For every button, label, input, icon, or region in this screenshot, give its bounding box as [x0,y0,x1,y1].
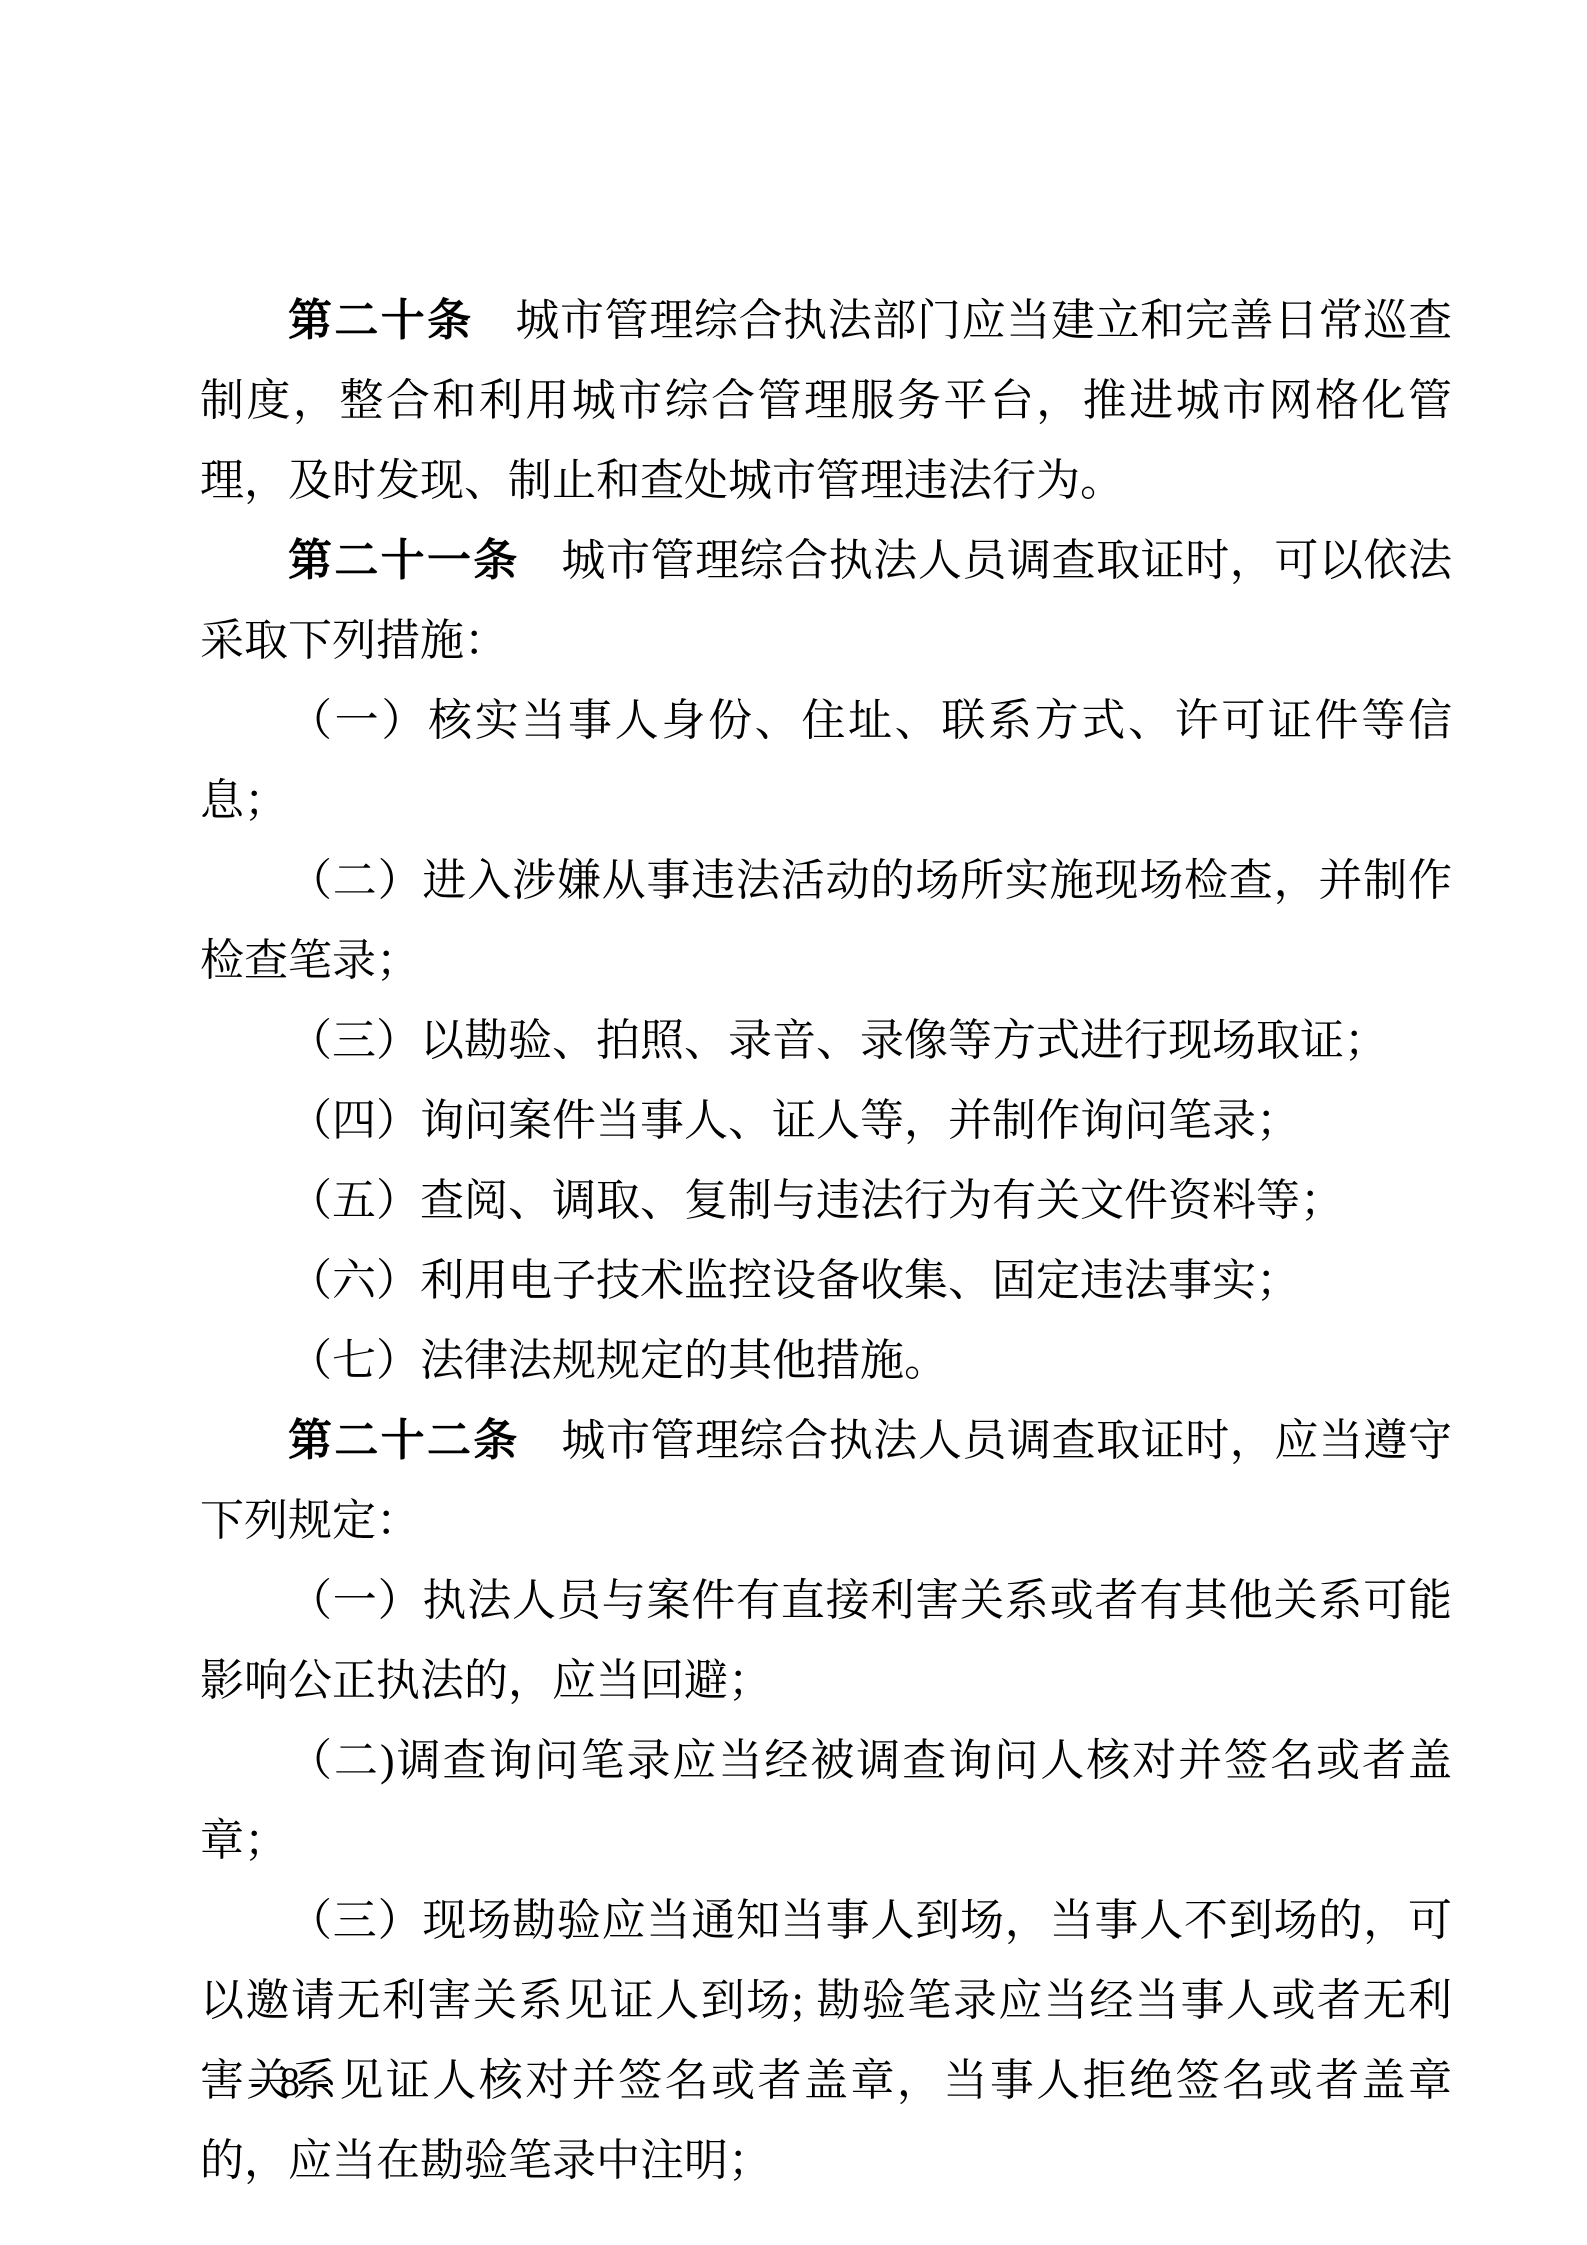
clause-paragraph: （七）法律法规规定的其他措施。 [200,1321,1452,1401]
paragraph-text: （四）询问案件当事人、证人等，并制作询问笔录； [288,1096,1300,1145]
page-number: - 8 - [250,2058,333,2106]
clause-paragraph: （五）查阅、调取、复制与违法行为有关文件资料等； [200,1161,1452,1241]
paragraph-text: （六）利用电子技术监控设备收集、固定违法事实； [288,1256,1300,1305]
article-number: 第二十二条 [288,1416,520,1465]
paragraph-text: （二）进入涉嫌从事违法活动的场所实施现场检查，并制作检查笔录； [200,856,1452,985]
clause-paragraph: （六）利用电子技术监控设备收集、固定违法事实； [200,1241,1452,1321]
article-number: 第二十条 [288,296,474,345]
paragraph-text: （七）法律法规规定的其他措施。 [288,1336,948,1385]
document-page: 第二十条城市管理综合执法部门应当建立和完善日常巡查制度，整合和利用城市综合管理服… [0,0,1587,2245]
clause-paragraph: （三）以勘验、拍照、录音、录像等方式进行现场取证； [200,1001,1452,1081]
article-paragraph: 第二十条城市管理综合执法部门应当建立和完善日常巡查制度，整合和利用城市综合管理服… [200,281,1452,521]
clause-paragraph: （一）核实当事人身份、住址、联系方式、许可证件等信息； [200,681,1452,841]
clause-paragraph: （一）执法人员与案件有直接利害关系或者有其他关系可能影响公正执法的，应当回避； [200,1561,1452,1721]
article-paragraph: 第二十一条城市管理综合执法人员调查取证时，可以依法采取下列措施： [200,521,1452,681]
clause-paragraph: （四）询问案件当事人、证人等，并制作询问笔录； [200,1081,1452,1161]
clause-paragraph: （二）进入涉嫌从事违法活动的场所实施现场检查，并制作检查笔录； [200,841,1452,1001]
clause-paragraph: （三）现场勘验应当通知当事人到场，当事人不到场的，可以邀请无利害关系见证人到场;… [200,1881,1452,2201]
paragraph-text: （三）现场勘验应当通知当事人到场，当事人不到场的，可以邀请无利害关系见证人到场;… [200,1896,1452,2185]
article-number: 第二十一条 [288,536,520,585]
paragraph-text: （一）执法人员与案件有直接利害关系或者有其他关系可能影响公正执法的，应当回避； [200,1576,1452,1705]
paragraph-text: （五）查阅、调取、复制与违法行为有关文件资料等； [288,1176,1344,1225]
paragraph-text: （一）核实当事人身份、住址、联系方式、许可证件等信息； [200,696,1452,825]
paragraph-text: （三）以勘验、拍照、录音、录像等方式进行现场取证； [288,1016,1388,1065]
clause-paragraph: （二)调查询问笔录应当经被调查询问人核对并签名或者盖章； [200,1721,1452,1881]
article-paragraph: 第二十二条城市管理综合执法人员调查取证时，应当遵守下列规定： [200,1401,1452,1561]
document-body: 第二十条城市管理综合执法部门应当建立和完善日常巡查制度，整合和利用城市综合管理服… [200,281,1452,2201]
paragraph-text: （二)调查询问笔录应当经被调查询问人核对并签名或者盖章； [200,1736,1452,1865]
